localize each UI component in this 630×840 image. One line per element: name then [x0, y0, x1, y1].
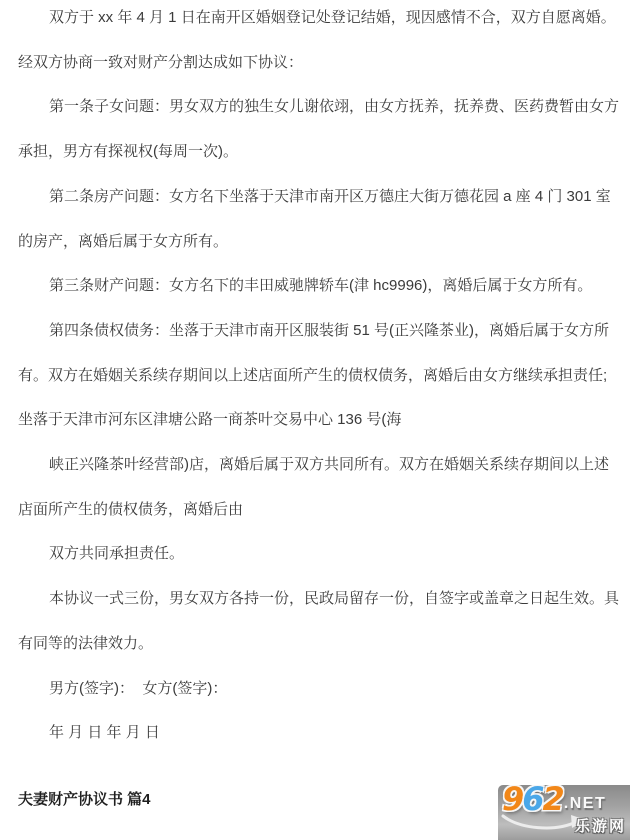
document-line: 有。双方在婚姻关系续存期间以上述店面所产生的债权债务，离婚后由女方继续承担责任; [18, 354, 614, 399]
document-line: 本协议一式三份，男女双方各持一份，民政局留存一份，自签字或盖章之日起生效。具 [18, 577, 614, 622]
document-line: 经双方协商一致对财产分割达成如下协议： [18, 41, 614, 86]
document-line: 双方共同承担责任。 [18, 532, 614, 577]
document-line: 有同等的法律效力。 [18, 622, 614, 667]
document-line: 峡正兴隆茶叶经营部)店，离婚后属于双方共同所有。双方在婚姻关系续存期间以上述 [18, 443, 614, 488]
document-line: 坐落于天津市河东区津塘公路一商茶叶交易中心 136 号(海 [18, 398, 614, 443]
document-page: 双方于 xx 年 4 月 1 日在南开区婚姻登记处登记结婚，现因感情不合，双方自… [0, 0, 630, 840]
document-line: 店面所产生的债权债务，离婚后由 [18, 488, 614, 533]
document-line: 第二条房产问题：女方名下坐落于天津市南开区万德庄大街万德花园 a 座 4 门 3… [18, 175, 614, 220]
document-line: 第一条子女问题：男女双方的独生女儿谢依翊，由女方抚养，抚养费、医药费暂由女方 [18, 85, 614, 130]
signature-line: 男方(签字)： 女方(签字)： [18, 667, 614, 712]
document-line: 双方于 xx 年 4 月 1 日在南开区婚姻登记处登记结婚，现因感情不合，双方自… [18, 0, 614, 41]
date-line: 年 月 日 年 月 日 [18, 711, 614, 756]
document-line: 的房产，离婚后属于女方所有。 [18, 220, 614, 265]
logo-chinese-name: 乐游网 [575, 815, 626, 836]
site-watermark-logo: 962.NET 乐游网 [498, 785, 630, 840]
document-line: 第三条财产问题：女方名下的丰田威驰牌轿车(津 hc9996)，离婚后属于女方所有… [18, 264, 614, 309]
document-body: 双方于 xx 年 4 月 1 日在南开区婚姻登记处登记结婚，现因感情不合，双方自… [18, 0, 614, 811]
document-line: 第四条债权债务：坐落于天津市南开区服装街 51 号(正兴隆茶业)，离婚后属于女方… [18, 309, 614, 354]
document-line: 承担，男方有探视权(每周一次)。 [18, 130, 614, 175]
logo-net-label: .NET [564, 795, 606, 812]
